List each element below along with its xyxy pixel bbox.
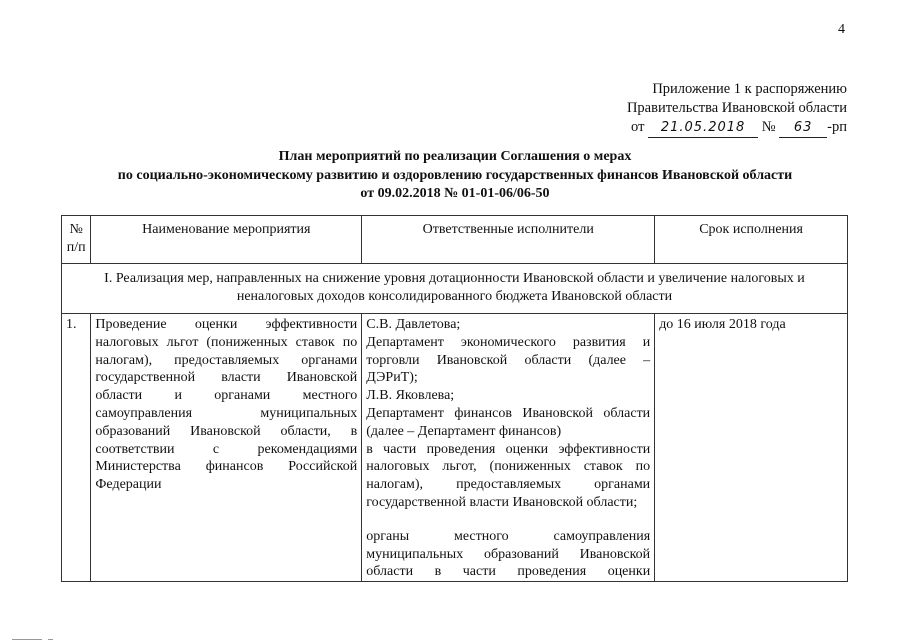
row-deadline: до 16 июля 2018 года bbox=[655, 314, 848, 582]
row-num: 1. bbox=[62, 314, 91, 582]
header-deadline: Срок исполнения bbox=[655, 216, 848, 264]
number-label: № bbox=[762, 119, 776, 135]
section-heading: I. Реализация мер, направленных на сниже… bbox=[62, 264, 848, 314]
from-label: от bbox=[631, 119, 644, 135]
row-responsible: С.В. Давлетова; Департамент экономическо… bbox=[362, 314, 655, 582]
plan-table: № п/п Наименование мероприятия Ответстве… bbox=[61, 215, 848, 582]
title-line2: по социально-экономическому развитию и о… bbox=[60, 167, 850, 186]
section-row: I. Реализация мер, направленных на сниже… bbox=[62, 264, 848, 314]
title-line1: План мероприятий по реализации Соглашени… bbox=[60, 148, 850, 167]
responsible-dept-2: Департамент финансов Ивановской области … bbox=[366, 405, 650, 441]
appendix-line2: Правительства Ивановской области bbox=[627, 99, 847, 118]
title-line3: от 09.02.2018 № 01-01-06/06-50 bbox=[60, 185, 850, 204]
appendix-block: Приложение 1 к распоряжению Правительств… bbox=[627, 80, 847, 138]
responsible-dept-1: Департамент экономического развития и то… bbox=[366, 334, 650, 387]
header-num: № п/п bbox=[62, 216, 91, 264]
handwritten-date: 21.05.2018 bbox=[648, 118, 758, 138]
responsible-dept-3: органы местного самоуправления муниципал… bbox=[366, 528, 650, 581]
row-name: Проведение оценки эффективности налоговы… bbox=[91, 314, 362, 582]
responsible-scope-1: в части проведения оценки эффективности … bbox=[366, 441, 650, 512]
header-name: Наименование мероприятия bbox=[91, 216, 362, 264]
page-number: 4 bbox=[838, 22, 845, 38]
document-title: План мероприятий по реализации Соглашени… bbox=[60, 148, 850, 204]
appendix-line1: Приложение 1 к распоряжению bbox=[627, 80, 847, 99]
responsible-person-2: Л.В. Яковлева; bbox=[366, 387, 650, 405]
table-row: 1. Проведение оценки эффективности налог… bbox=[62, 314, 848, 582]
table-header-row: № п/п Наименование мероприятия Ответстве… bbox=[62, 216, 848, 264]
appendix-line3: от 21.05.2018 № 63-рп bbox=[627, 118, 847, 138]
suffix: -рп bbox=[827, 119, 847, 135]
header-responsible: Ответственные исполнители bbox=[362, 216, 655, 264]
responsible-person-1: С.В. Давлетова; bbox=[366, 316, 650, 334]
handwritten-number: 63 bbox=[779, 118, 827, 138]
